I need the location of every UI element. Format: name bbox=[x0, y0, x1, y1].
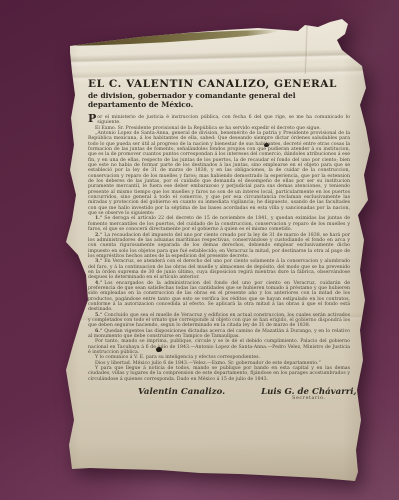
article-5: 5.°Concluido que sea el muelle de Veracr… bbox=[88, 313, 350, 329]
opening-paragraph: Por el ministerio de justicia é instrucc… bbox=[88, 115, 350, 126]
decree-preamble: „Antonio Lopez de Santa-Anna, general de… bbox=[88, 131, 350, 217]
signature-block-secretary: Luis G. de Chávarri, Secretario. bbox=[261, 390, 356, 402]
paper-shadow-wrap: EL C. VALENTIN CANALIZO, GENERAL de divi… bbox=[0, 0, 399, 500]
article-1-number: 1.° bbox=[95, 216, 102, 221]
document-photo: EL C. VALENTIN CANALIZO, GENERAL de divi… bbox=[0, 0, 399, 500]
article-4-text: Los encargados de la administracion del … bbox=[88, 281, 350, 313]
article-6-text: Quedan vigentes las disposiciones dictad… bbox=[88, 329, 350, 339]
article-5-number: 5.° bbox=[95, 313, 102, 318]
torn-fold-strip bbox=[67, 27, 279, 48]
printed-text-block: EL C. VALENTIN CANALIZO, GENERAL de divi… bbox=[88, 78, 350, 402]
article-4-number: 4.° bbox=[95, 281, 102, 286]
document-body: Por el ministerio de justicia é instrucc… bbox=[88, 115, 350, 402]
article-1-text: Se deroga el artículo 22 del decreto de … bbox=[88, 216, 350, 232]
signature-row: Valentin Canalizo. Luis G. de Chávarri, … bbox=[88, 390, 350, 402]
opening-text: or el ministerio de justicia é instrucci… bbox=[97, 115, 350, 125]
promulgation-paragraph: Por tanto, mando se imprima, publique, c… bbox=[88, 339, 350, 355]
signature-canalizo: Valentin Canalizo. bbox=[138, 390, 225, 395]
article-5-text: Concluido que sea el muelle de Veracruz … bbox=[88, 313, 350, 329]
article-3: 3.°En Veracruz, se atenderá con el derec… bbox=[88, 259, 350, 280]
drop-cap: P bbox=[88, 115, 96, 124]
article-3-number: 3.° bbox=[95, 259, 102, 264]
bando-paragraph: Y para que llegue á noticia de todos, ma… bbox=[88, 366, 350, 382]
broadside-paper: EL C. VALENTIN CANALIZO, GENERAL de divi… bbox=[58, 14, 374, 484]
secretario-label: Secretario. bbox=[261, 396, 356, 401]
document-subtitle: de division, gobernador y comandante gen… bbox=[88, 91, 330, 110]
article-1: 1.°Se deroga el artículo 22 del decreto … bbox=[88, 216, 350, 232]
article-2: 2.°La recaudacion del impuesto del uno p… bbox=[88, 233, 350, 260]
signature-chavarri: Luis G. de Chávarri, bbox=[261, 390, 356, 395]
article-6-number: 6.° bbox=[95, 329, 102, 334]
article-6: 6.°Quedan vigentes las disposiciones dic… bbox=[88, 329, 350, 340]
document-title: EL C. VALENTIN CANALIZO, GENERAL bbox=[88, 78, 350, 90]
article-2-text: La recaudacion del impuesto del uno por … bbox=[88, 233, 350, 259]
article-2-number: 2.° bbox=[95, 233, 102, 238]
article-3-text: En Veracruz, se atenderá con el derecho … bbox=[88, 259, 350, 280]
article-4: 4.°Los encargados de la administracion d… bbox=[88, 281, 350, 313]
